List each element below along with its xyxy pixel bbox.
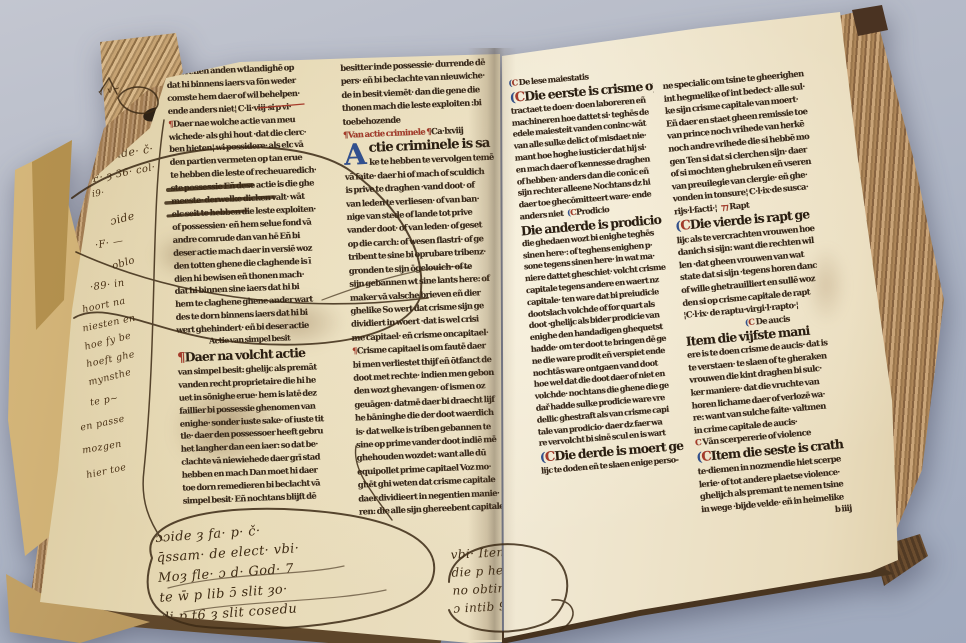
printed-text-block: van simpel besit: ghelijc als premāt van… (178, 360, 329, 507)
pen-trials-cluster-left: ɔɔide ȝ fa· p· č· q̄ssam· de elect· vbi·… (155, 519, 304, 629)
margin-note: en passe (79, 413, 125, 433)
rubric-text: Prodicio (576, 204, 610, 217)
right-page-column-1: (C De lese maiestatis (CDie eerste is cr… (508, 66, 688, 517)
photo-of-open-incunable-book: √ v~ in vorefien anden wtlandighē op dat… (0, 0, 966, 643)
margin-note: hoe fy be (83, 330, 132, 352)
gutter-shadow (468, 48, 516, 640)
printed-text-block: ne specialic om tsine te gheerighen int … (662, 65, 839, 205)
margin-note: i9· (91, 188, 105, 200)
margin-note: te p~ (89, 393, 119, 409)
chapter-number: Ca·lxviij (431, 125, 463, 136)
margin-note: ɔide (109, 209, 136, 228)
margin-note: ·F· — (94, 236, 124, 252)
printed-text-block: ere is te doen crisme de aucis· dat is t… (686, 334, 859, 437)
blue-lombard-initial: A (343, 142, 366, 168)
margin-note: ·89· in (89, 278, 125, 294)
printed-text-block: wichede· als ghi hout ·dat die clerc· be… (168, 125, 322, 337)
red-mark: ⁊⁊ (720, 202, 728, 213)
margin-note: oblo (111, 255, 136, 272)
rubric-text: Rapt (729, 200, 750, 212)
open-book: √ v~ in vorefien anden wtlandighē op dat… (0, 0, 966, 643)
printed-text-block: tractaet te doen· doen laboreren eñ mach… (510, 94, 662, 212)
left-page-column-1: in vorefien anden wtlandighē op dat hi b… (166, 60, 330, 535)
red-paragraph-mark: C (695, 437, 702, 448)
right-page-column-2: ne specialic om tsine te gheerighen int … (662, 65, 870, 548)
printed-text-block: in vorefien anden wtlandighē op dat hi b… (166, 60, 314, 117)
red-paragraph-mark: C (748, 316, 755, 327)
printed-text-block: die ghedaen wozt bi enighe teghēs sinen … (521, 226, 682, 450)
margin-note: hier toe (85, 462, 127, 481)
margin-note: hoort na (81, 296, 126, 316)
rubric-text: Van actie criminele (348, 127, 426, 140)
margin-note: mozgen (81, 439, 122, 457)
margin-note: mynsthe (87, 367, 132, 388)
printed-text-block: lijc als te vercrachten vrouwen hoe dani… (676, 219, 849, 322)
